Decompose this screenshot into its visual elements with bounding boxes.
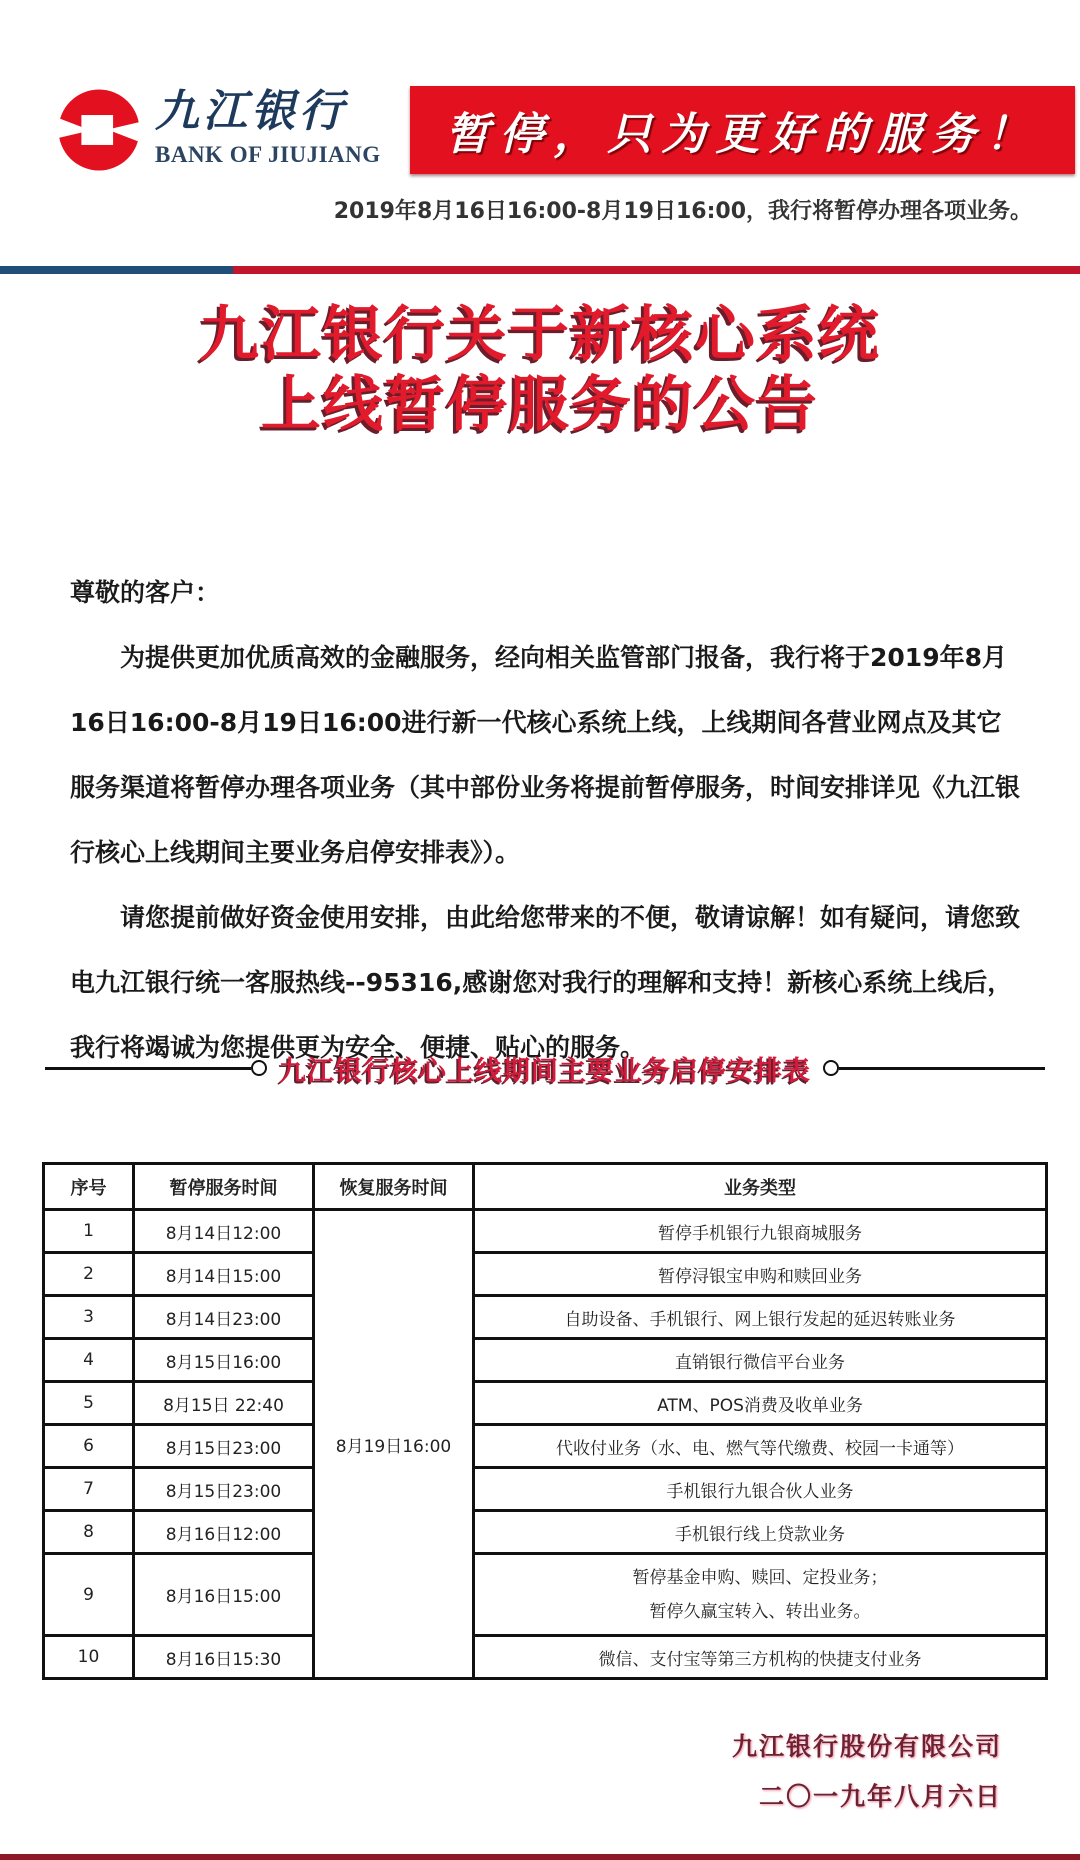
paragraph-1: 为提供更加优质高效的金融服务，经向相关监管部门报备，我行将于2019年8月16日…	[70, 625, 1020, 885]
cell-stop-time: 8月14日23:00	[134, 1296, 314, 1339]
table-row: 4 8月15日16:00 直销银行微信平台业务	[44, 1339, 1047, 1382]
cell-resume-time: 8月19日16:00	[314, 1210, 474, 1679]
cell-no: 6	[44, 1425, 134, 1468]
circle-icon	[251, 1060, 267, 1076]
table-row: 1 8月14日12:00 8月19日16:00 暂停手机银行九银商城服务	[44, 1210, 1047, 1253]
cell-business: 暂停基金申购、赎回、定投业务； 暂停久赢宝转入、转出业务。	[474, 1554, 1047, 1636]
notice-body: 尊敬的客户： 为提供更加优质高效的金融服务，经向相关监管部门报备，我行将于201…	[70, 560, 1020, 1080]
title-line-2: 上线暂停服务的公告	[0, 370, 1080, 440]
schedule-table: 序号 暂停服务时间 恢复服务时间 业务类型 1 8月14日12:00 8月19日…	[42, 1162, 1048, 1680]
table-row: 5 8月15日 22:40 ATM、POS消费及收单业务	[44, 1382, 1047, 1425]
cell-stop-time: 8月16日15:00	[134, 1554, 314, 1636]
heading-rule-right	[839, 1067, 1045, 1070]
brand: 九江银行 BANK OF JIUJIANG	[155, 86, 395, 170]
table-row: 8 8月16日12:00 手机银行线上贷款业务	[44, 1511, 1047, 1554]
col-header-business-type: 业务类型	[474, 1164, 1047, 1210]
cell-business: 手机银行九银合伙人业务	[474, 1468, 1047, 1511]
cell-business: ATM、POS消费及收单业务	[474, 1382, 1047, 1425]
footer-bar	[0, 1854, 1080, 1860]
cell-business: 暂停浔银宝申购和赎回业务	[474, 1253, 1047, 1296]
header-divider	[0, 266, 1080, 274]
table-row: 9 8月16日15:00 暂停基金申购、赎回、定投业务； 暂停久赢宝转入、转出业…	[44, 1554, 1047, 1636]
cell-no: 4	[44, 1339, 134, 1382]
cell-stop-time: 8月14日12:00	[134, 1210, 314, 1253]
divider-blue-segment	[0, 266, 233, 274]
page-title: 九江银行关于新核心系统 上线暂停服务的公告	[0, 300, 1080, 440]
divider-red-segment	[233, 266, 1080, 274]
cell-stop-time: 8月14日15:00	[134, 1253, 314, 1296]
col-header-stop-time: 暂停服务时间	[134, 1164, 314, 1210]
slogan-text: 暂停，只为更好的服务！	[446, 98, 1040, 162]
cell-business: 自助设备、手机银行、网上银行发起的延迟转账业务	[474, 1296, 1047, 1339]
cell-stop-time: 8月15日23:00	[134, 1425, 314, 1468]
cell-stop-time: 8月15日16:00	[134, 1339, 314, 1382]
heading-rule-left	[45, 1067, 251, 1070]
cell-no: 5	[44, 1382, 134, 1425]
circle-icon	[823, 1060, 839, 1076]
table-row: 3 8月14日23:00 自助设备、手机银行、网上银行发起的延迟转账业务	[44, 1296, 1047, 1339]
cell-business-line-2: 暂停久赢宝转入、转出业务。	[475, 1595, 1045, 1629]
greeting: 尊敬的客户：	[70, 560, 1020, 625]
table-row: 10 8月16日15:30 微信、支付宝等第三方机构的快捷支付业务	[44, 1636, 1047, 1679]
cell-no: 1	[44, 1210, 134, 1253]
table-row: 7 8月15日23:00 手机银行九银合伙人业务	[44, 1468, 1047, 1511]
cell-business: 代收付业务（水、电、燃气等代缴费、校园一卡通等）	[474, 1425, 1047, 1468]
table-header-row: 序号 暂停服务时间 恢复服务时间 业务类型	[44, 1164, 1047, 1210]
cell-business: 微信、支付宝等第三方机构的快捷支付业务	[474, 1636, 1047, 1679]
cell-no: 10	[44, 1636, 134, 1679]
cell-stop-time: 8月15日23:00	[134, 1468, 314, 1511]
schedule-section-heading: 九江银行核心上线期间主要业务启停安排表	[45, 1043, 1045, 1093]
cell-stop-time: 8月16日12:00	[134, 1511, 314, 1554]
cell-no: 8	[44, 1511, 134, 1554]
brand-name-cn: 九江银行	[155, 86, 395, 138]
cell-business: 直销银行微信平台业务	[474, 1339, 1047, 1382]
cell-business: 暂停手机银行九银商城服务	[474, 1210, 1047, 1253]
suspension-notice-subtitle: 2019年8月16日16:00-8月19日16:00，我行将暂停办理各项业务。	[334, 194, 1032, 225]
col-header-no: 序号	[44, 1164, 134, 1210]
slogan-banner: 暂停，只为更好的服务！	[410, 86, 1075, 174]
cell-no: 3	[44, 1296, 134, 1339]
brand-name-en: BANK OF JIUJIANG	[155, 140, 395, 170]
header: 九江银行 BANK OF JIUJIANG 暂停，只为更好的服务！ 2019年8…	[0, 0, 1080, 280]
table-row: 6 8月15日23:00 代收付业务（水、电、燃气等代缴费、校园一卡通等）	[44, 1425, 1047, 1468]
signature-company: 九江银行股份有限公司	[732, 1722, 1002, 1772]
cell-business: 手机银行线上贷款业务	[474, 1511, 1047, 1554]
jiujiang-bank-logo-icon	[55, 86, 143, 174]
cell-business-line-1: 暂停基金申购、赎回、定投业务；	[475, 1561, 1045, 1595]
cell-stop-time: 8月15日 22:40	[134, 1382, 314, 1425]
title-line-1: 九江银行关于新核心系统	[0, 300, 1080, 370]
table-row: 2 8月14日15:00 暂停浔银宝申购和赎回业务	[44, 1253, 1047, 1296]
cell-stop-time: 8月16日15:30	[134, 1636, 314, 1679]
cell-no: 2	[44, 1253, 134, 1296]
cell-no: 7	[44, 1468, 134, 1511]
col-header-resume-time: 恢复服务时间	[314, 1164, 474, 1210]
signature: 九江银行股份有限公司 二〇一九年八月六日	[732, 1722, 1002, 1822]
signature-date: 二〇一九年八月六日	[732, 1772, 1002, 1822]
cell-no: 9	[44, 1554, 134, 1636]
schedule-heading-text: 九江银行核心上线期间主要业务启停安排表	[267, 1049, 823, 1088]
